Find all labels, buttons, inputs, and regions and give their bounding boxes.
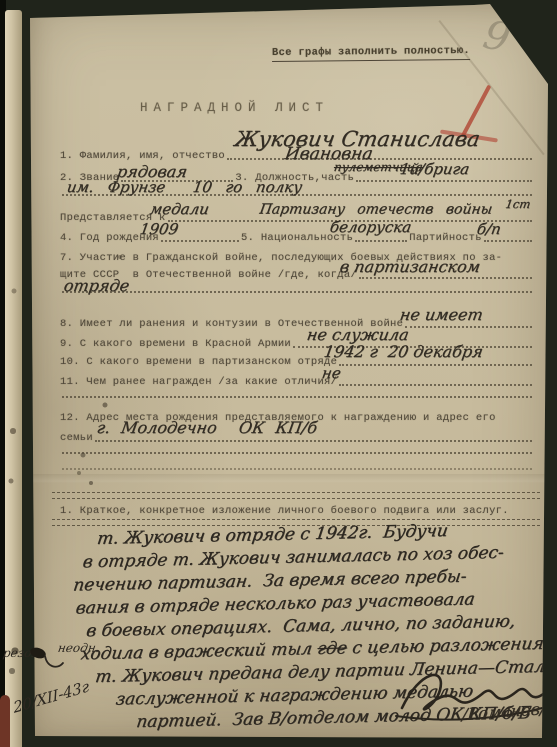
hw-partisan-since: 1942 г 20 декабря [322, 342, 484, 361]
hw-wounds: не имеет [398, 305, 484, 324]
feat-struck-word: где [316, 638, 348, 659]
dotted-leader [484, 238, 532, 242]
dotted-filler-row [60, 394, 534, 400]
dotted-leader [62, 450, 532, 454]
hw-medal: медали [149, 200, 211, 218]
dotted-leader [62, 394, 532, 398]
hw-medal-name-text: Партизану отечеств войны [258, 202, 493, 218]
field-birth-row: 4. Год рождения 5. Национальность Партий… [60, 232, 534, 244]
dotted-filler-row [60, 466, 534, 472]
dust-specks [22, 2, 24, 4]
feat-line-part: с целью разложения. [346, 634, 551, 659]
field-war-participation-row3 [60, 289, 534, 295]
hw-nationality: белоруска [329, 218, 413, 236]
hw-party-status: б/п [476, 220, 503, 238]
hw-medal-class: 1ст [504, 197, 531, 211]
feat-line-part: ходила в вражеский тыл [79, 639, 318, 664]
hw-insertion-note: неодн. [57, 641, 101, 655]
field-partisan-since-label: 10. С какого времени в партизанском отря… [60, 356, 337, 368]
insertion-caret-icon [42, 654, 66, 672]
dotted-leader [62, 466, 532, 470]
hw-prior-awards: не [321, 364, 343, 382]
binding-sliver [0, 695, 10, 747]
dotted-leader [62, 289, 532, 293]
field-address-label2: семьи [60, 432, 93, 444]
dotted-leader [356, 178, 532, 182]
hw-war-value: в партизанском [338, 257, 481, 276]
hw-war-value-cont: отряде [62, 276, 130, 295]
dashed-separator [52, 492, 540, 499]
field-surname-label: 1. Фамилия, имя, отчество [60, 150, 225, 162]
award-sheet-page: Все графы заполнить полностью. 9 НАГРАДН… [22, 2, 550, 742]
dotted-leader [339, 382, 532, 386]
field-prior-awards-row: 11. Чем ранее награжден /за какие отличи… [60, 376, 534, 388]
field-prior-awards-label: 11. Чем ранее награжден /за какие отличи… [60, 376, 337, 388]
hw-medal-name: Партизану отечеств войны 1ст [258, 197, 531, 218]
hw-birthyear: 1909 [139, 220, 180, 238]
dotted-leader [405, 324, 532, 328]
dotted-filler-row [60, 450, 534, 456]
document-title: НАГРАДНОЙ ЛИСТ [140, 101, 329, 115]
scanned-award-document: Все графы заполнить полностью. 9 НАГРАДН… [0, 0, 557, 747]
hw-unit-continued: им. Фрунзе 10 го полку [66, 178, 304, 196]
fold-crease [22, 474, 550, 483]
hw-address: г. Молодечно ОК КП/б [95, 418, 318, 437]
feat-heading: 1. Краткое, конкретное изложение личного… [60, 505, 509, 517]
feat-heading-row: 1. Краткое, конкретное изложение личного… [60, 505, 534, 517]
underlying-page-edge [5, 10, 22, 747]
pencil-page-number: 9 [479, 12, 515, 63]
dotted-leader [161, 238, 239, 242]
hw-unit: 1й/брига [399, 160, 471, 178]
fill-all-fields-note: Все графы заполнить полностью. [272, 45, 470, 62]
field-redarmy-label: 9. С какого времени в Красной Армии [60, 338, 291, 350]
dotted-leader [95, 438, 532, 442]
dotted-leader [355, 238, 407, 242]
field-party-label: Партийность [409, 232, 482, 244]
pin-hole [522, 26, 527, 31]
paper-specks [0, 0, 2, 2]
dotted-leader [339, 362, 532, 366]
